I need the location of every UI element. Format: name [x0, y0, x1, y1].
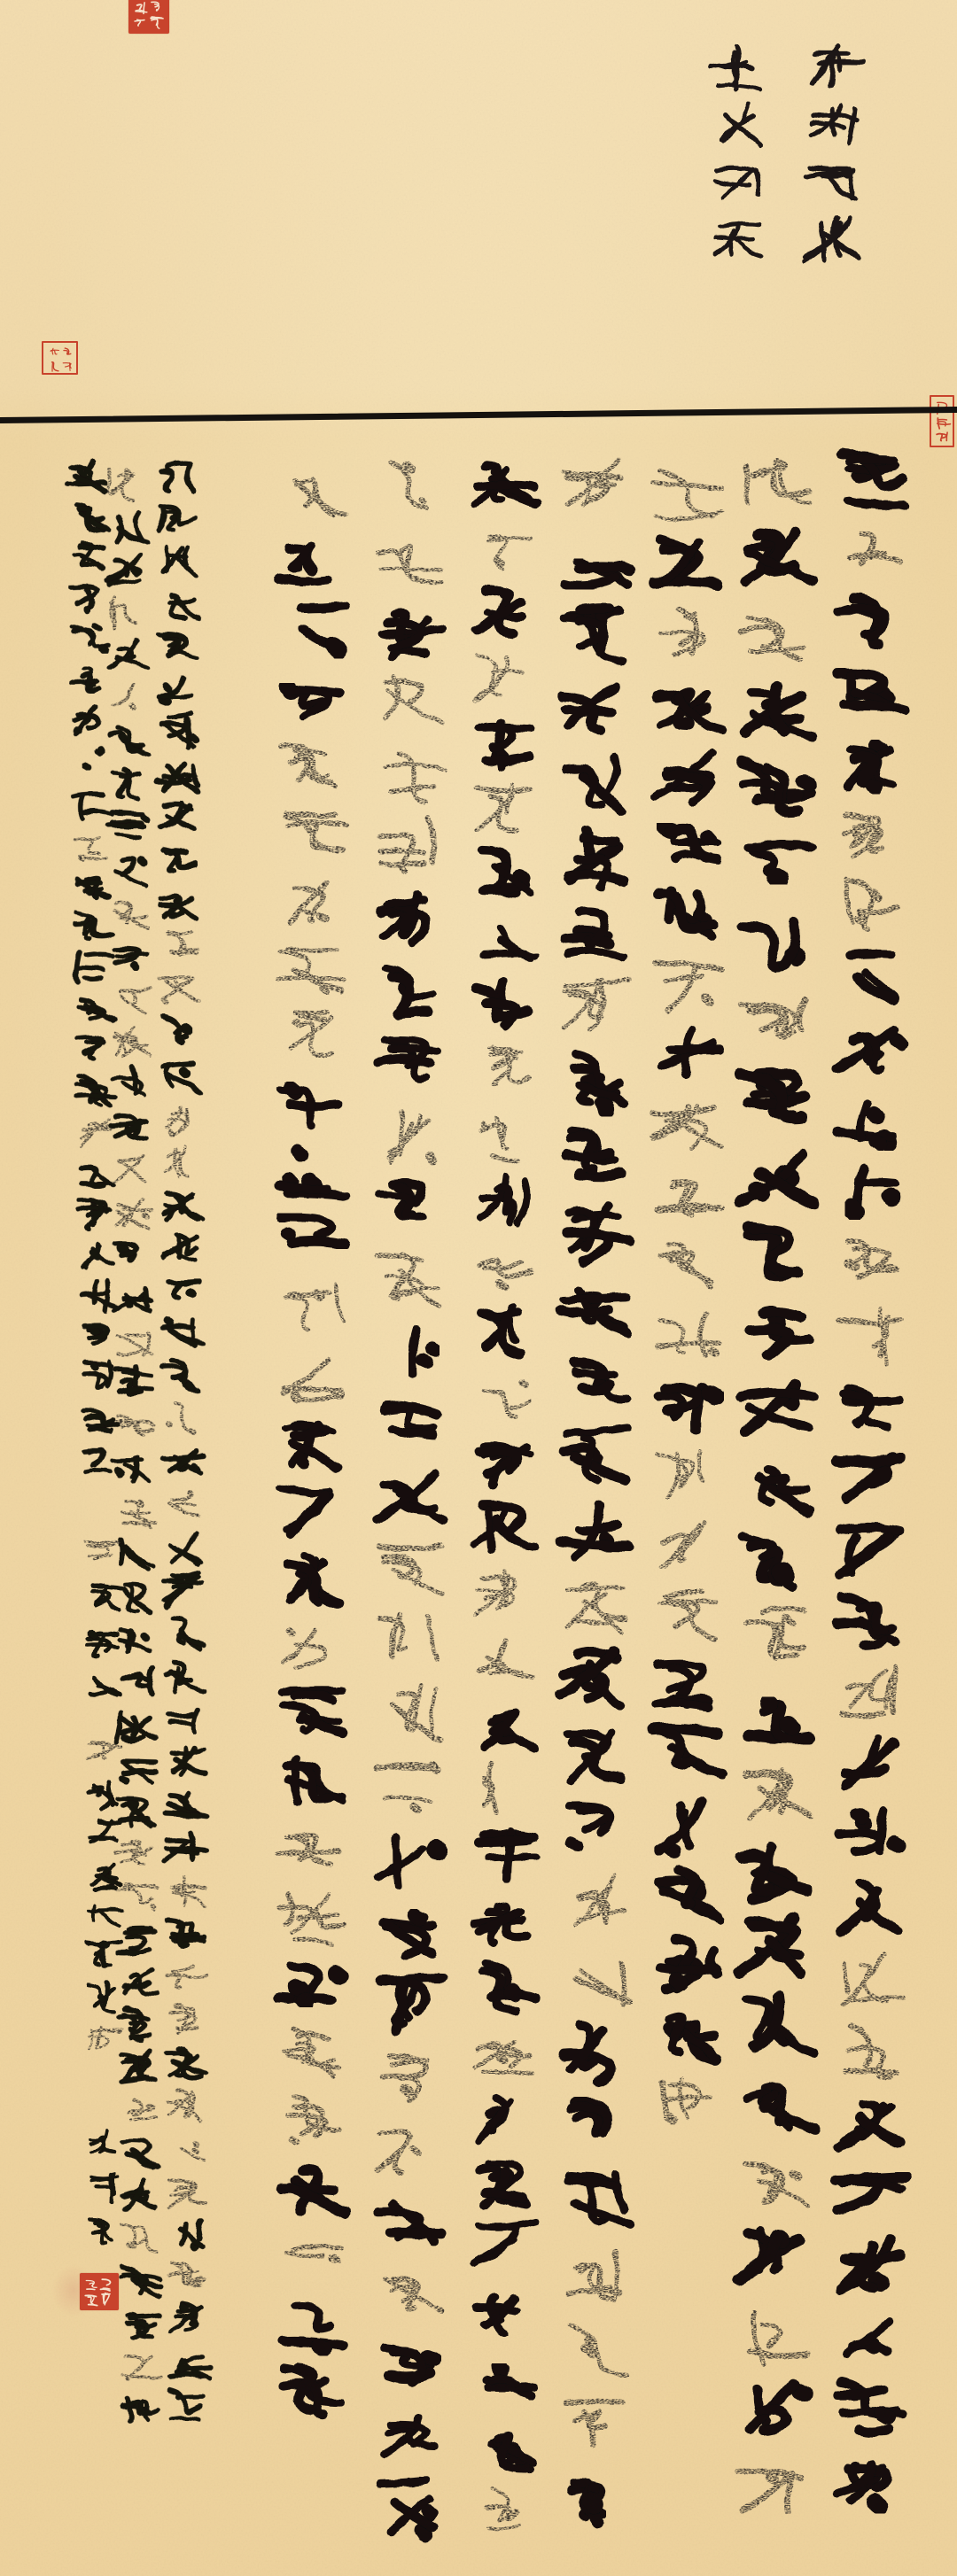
title-column-2: 君子情怀 [709, 39, 767, 269]
main-column-3: 耳无案牍之劳形南阳诸葛庐西蜀子云亭孔子曰何陋之有 [648, 459, 727, 2139]
main-column-2: 草色入帘青谈笑有鸿儒往来无白丁可以调素琴阅金经无竹之乱 [734, 442, 819, 2527]
main-column-7: 子者也噫菊之爱陶后鲜有闻莲之爱同予者何人牡丹之爱宜乎者众矣 [270, 459, 354, 2427]
title-text: 君子情怀 [709, 39, 767, 269]
column-text: 山不在高有仙则名水不在深有龙则灵斯是陋室惟吾德馨苔痕上阶绿 [830, 441, 912, 2516]
column-text: 草色入帘青谈笑有鸿儒往来无白丁可以调素琴阅金经无竹之乱 [734, 442, 819, 2527]
column-text: 远观而不可亵玩焉予谓菊花之隐逸者也牡丹花之富贵者也莲花之君 [372, 450, 448, 2544]
seal-glyph-icon [128, 0, 169, 34]
main-column-4: 水陆草木之花可爱者甚蕃陶渊明独爱菊自李唐来世人甚爱牡丹予 [556, 447, 634, 2538]
date-text: 辛丑立春 [84, 1534, 125, 1704]
inscription-date: 辛丑立春 [84, 1534, 125, 1704]
column-text: 水陆草木之花可爱者甚蕃陶渊明独爱菊自李唐来世人甚爱牡丹予 [556, 447, 634, 2538]
main-column-5: 爱莲之出淤泥而不染濯清涟而不妖中通外直不蔓不枝香远益清亭亭净植可 [470, 447, 541, 2542]
inscription-continuation: 于古鹿物色何之叹 [85, 1732, 124, 2058]
continuation-text: 于古鹿物色何之叹 [85, 1732, 124, 2058]
main-column-6: 远观而不可亵玩焉予谓菊花之隐逸者也牡丹花之富贵者也莲花之君 [372, 450, 448, 2544]
title-text: 名仕风骨 [800, 35, 868, 269]
calligraphy-scroll: 名仕风骨 君子情怀 山不在高有仙则名水不在深有龙则灵斯是陋室惟吾德馨苔痕上阶绿 … [0, 0, 957, 2576]
seal-glyph-icon [80, 2273, 119, 2310]
seal-glyph-icon [43, 343, 80, 376]
column-text: 子者也噫菊之爱陶后鲜有闻莲之爱同予者何人牡丹之爱宜乎者众矣 [270, 459, 354, 2427]
title-column-1: 名仕风骨 [800, 35, 868, 269]
signature-text: 张玉轩 [85, 2124, 121, 2252]
column-text: 耳无案牍之劳形南阳诸葛庐西蜀子云亭孔子曰何陋之有 [648, 459, 727, 2139]
seal-artist [80, 2273, 119, 2310]
seal-right-divider [930, 395, 954, 447]
seal-glyph-icon [931, 397, 956, 449]
seal-left-header [42, 341, 78, 375]
seal-top-left [128, 0, 169, 34]
main-column-1: 山不在高有仙则名水不在深有龙则灵斯是陋室惟吾德馨苔痕上阶绿 [830, 441, 912, 2516]
column-text: 爱莲之出淤泥而不染濯清涟而不妖中通外直不蔓不枝香远益清亭亭净植可 [470, 447, 541, 2542]
artist-signature: 张玉轩 [85, 2124, 121, 2252]
